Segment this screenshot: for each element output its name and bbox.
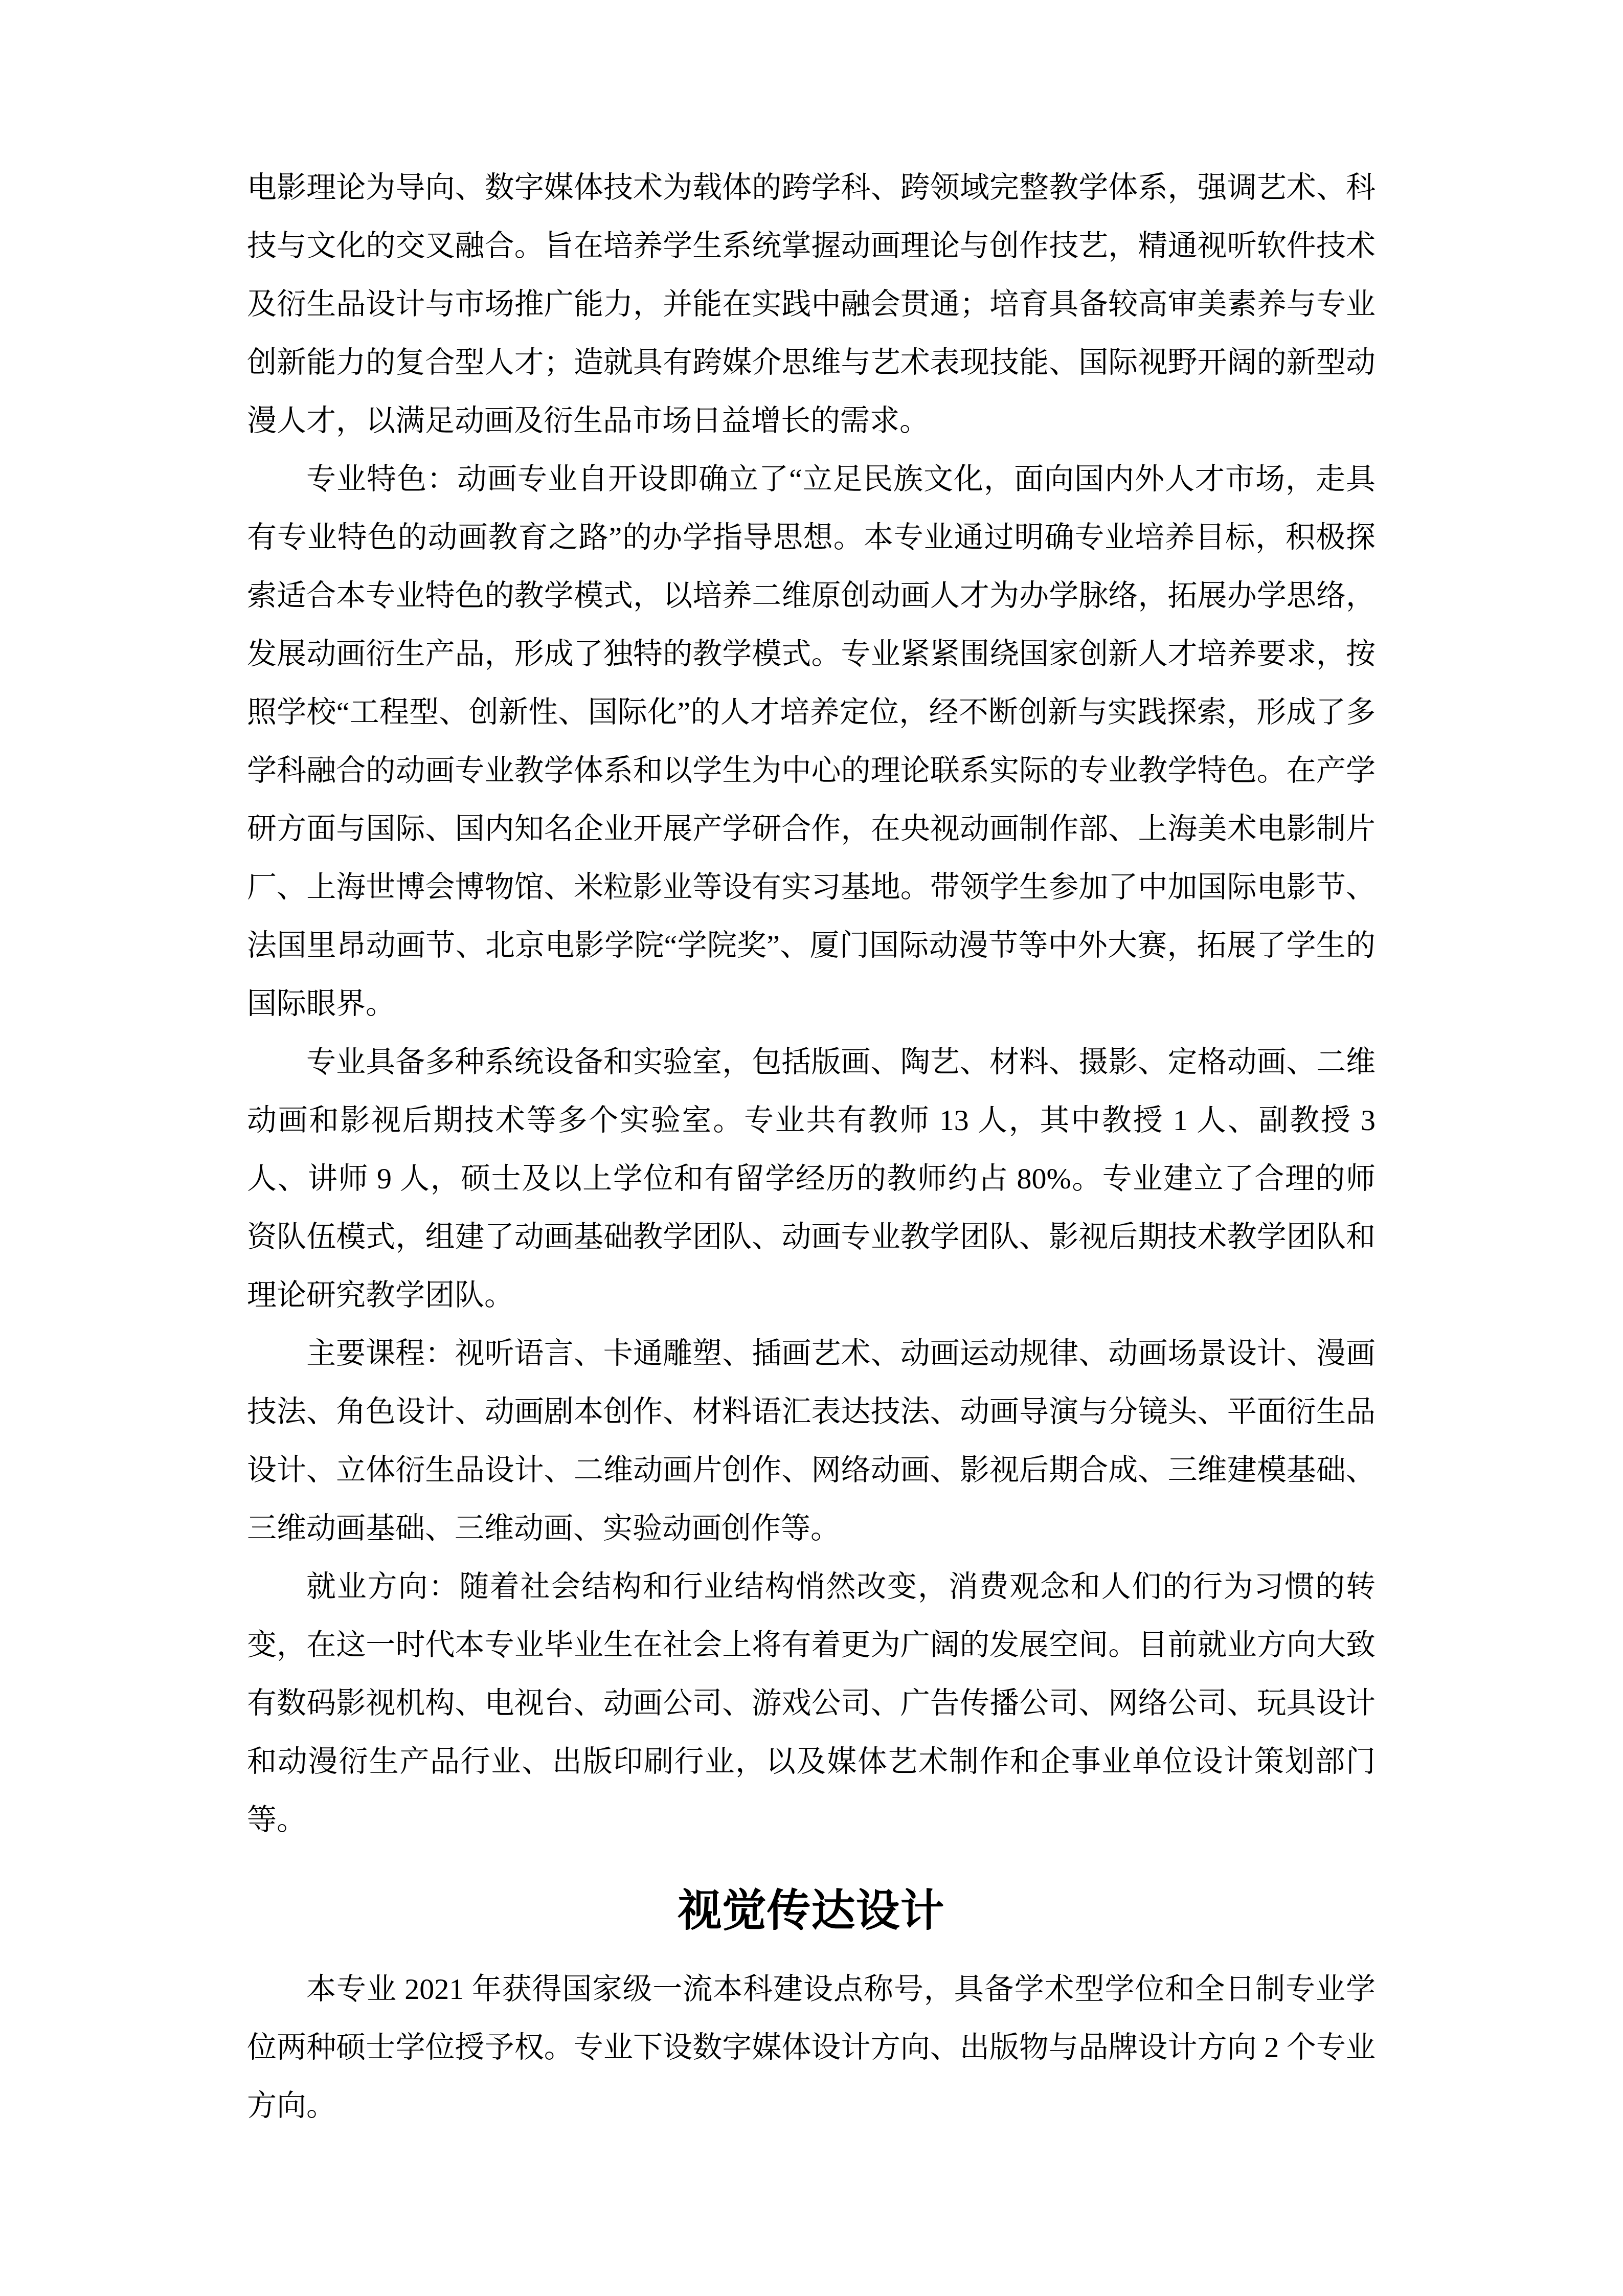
document-body: 电影理论为导向、数字媒体技术为载体的跨学科、跨领域完整教学体系，强调艺术、科技与…: [247, 159, 1376, 2135]
paragraph-major-features: 专业特色：动画专业自开设即确立了“立足民族文化，面向国内外人才市场，走具有专业特…: [247, 450, 1376, 1033]
paragraph-career-direction: 就业方向：随着社会结构和行业结构悄然改变，消费观念和人们的行为习惯的转变，在这一…: [247, 1558, 1376, 1849]
document-page: 电影理论为导向、数字媒体技术为载体的跨学科、跨领域完整教学体系，强调艺术、科技与…: [0, 0, 1623, 2296]
section-heading-visual-communication-design: 视觉传达设计: [247, 1878, 1376, 1944]
paragraph-facilities-and-faculty: 专业具备多种系统设备和实验室，包括版画、陶艺、材料、摄影、定格动画、二维动画和影…: [247, 1033, 1376, 1324]
paragraph-animation-training-system-continued: 电影理论为导向、数字媒体技术为载体的跨学科、跨领域完整教学体系，强调艺术、科技与…: [247, 159, 1376, 450]
paragraph-main-courses: 主要课程：视听语言、卡通雕塑、插画艺术、动画运动规律、动画场景设计、漫画技法、角…: [247, 1324, 1376, 1558]
paragraph-visual-communication-intro: 本专业 2021 年获得国家级一流本科建设点称号，具备学术型学位和全日制专业学位…: [247, 1960, 1376, 2135]
